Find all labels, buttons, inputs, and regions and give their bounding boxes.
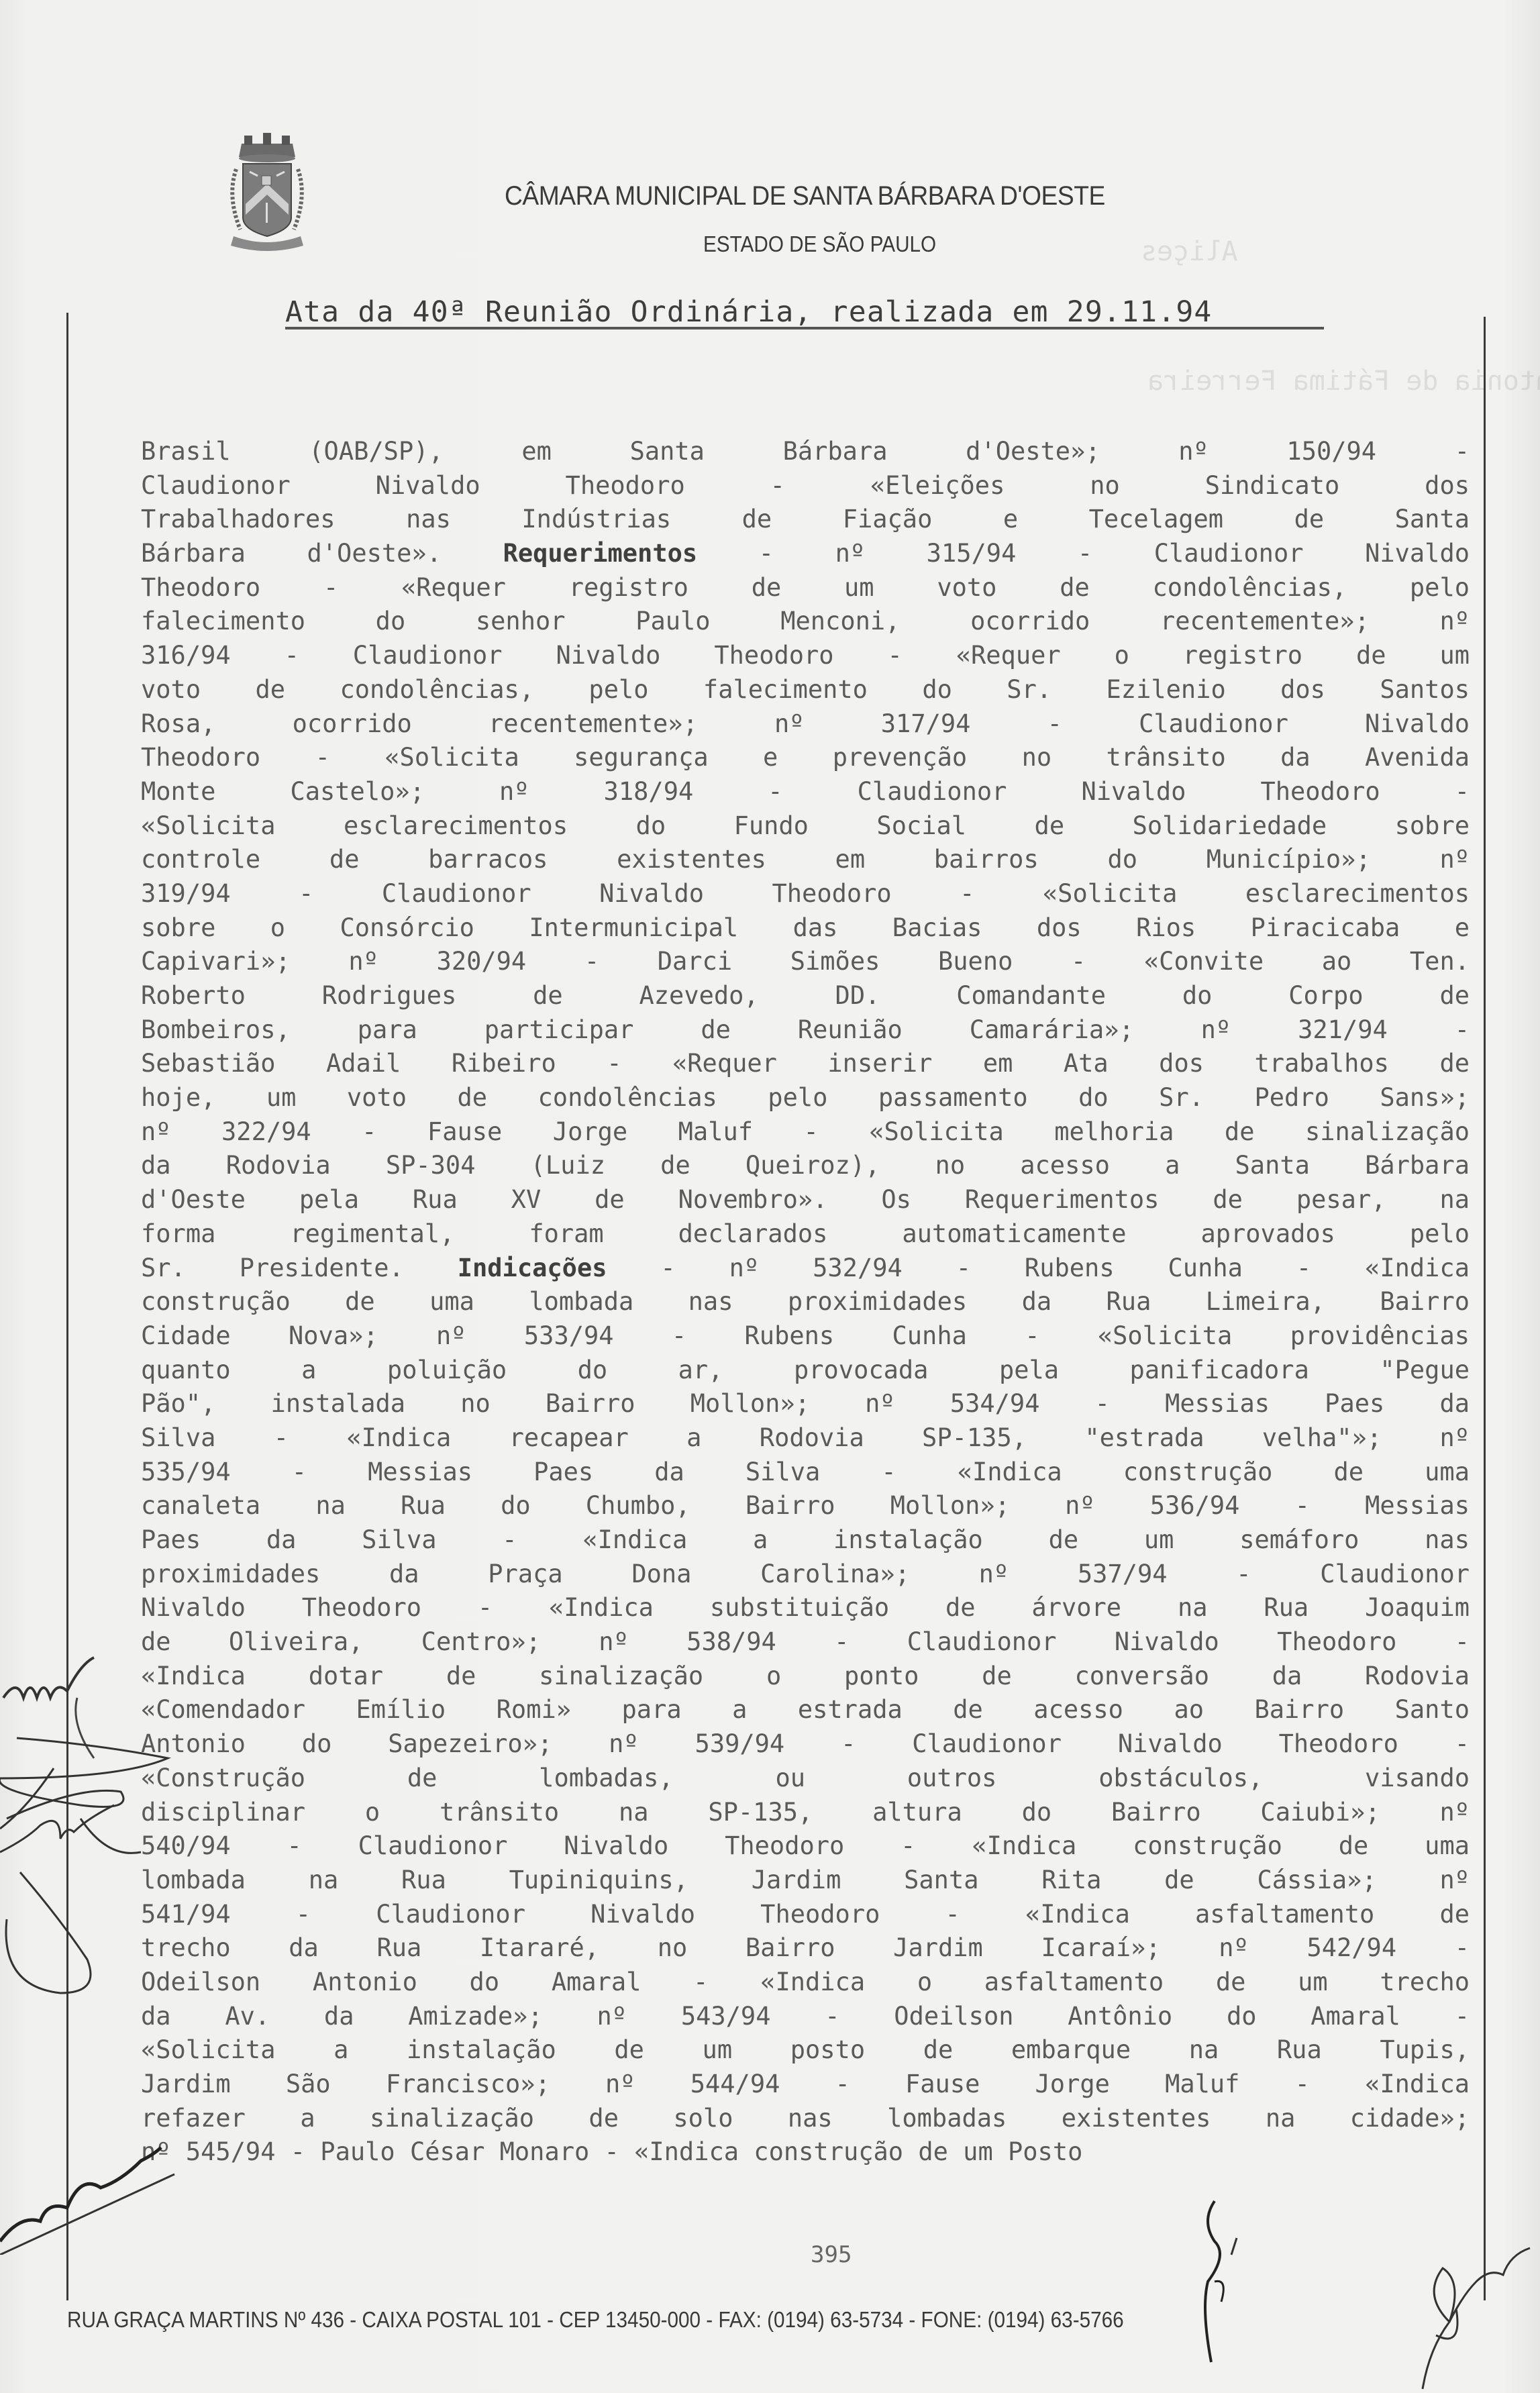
title-underline bbox=[285, 327, 1324, 329]
section-heading: Requerimentos bbox=[503, 539, 698, 568]
signature-bottom-center bbox=[1194, 2194, 1275, 2393]
body-line: Pão", instalada no Bairro Mollon»; nº 53… bbox=[141, 1387, 1470, 1421]
body-line: falecimento do senhor Paulo Menconi, oco… bbox=[141, 605, 1470, 639]
body-line: «Construção de lombadas, ou outros obstá… bbox=[141, 1762, 1470, 1796]
body-line: d'Oeste pela Rua XV de Novembro». Os Req… bbox=[141, 1183, 1470, 1217]
body-line: hoje, um voto de condolências pelo passa… bbox=[141, 1081, 1470, 1115]
body-line: voto de condolências, pelo falecimento d… bbox=[141, 673, 1470, 707]
body-line: trecho da Rua Itararé, no Bairro Jardim … bbox=[141, 1931, 1470, 1966]
body-line: «Solicita a instalação de um posto de em… bbox=[141, 2033, 1470, 2068]
body-line: controle de barracos existentes em bairr… bbox=[141, 843, 1470, 877]
body-line: Bárbara d'Oeste». Requerimentos - nº 315… bbox=[141, 537, 1470, 571]
body-line: 540/94 - Claudionor Nivaldo Theodoro - «… bbox=[141, 1829, 1470, 1864]
body-line: proximidades da Praça Dona Carolina»; nº… bbox=[141, 1558, 1470, 1592]
body-line: quanto a poluição do ar, provocada pela … bbox=[141, 1354, 1470, 1388]
bleed-through-text: Antonia de Fátima Ferreira bbox=[1147, 366, 1540, 397]
body-line: nº 322/94 - Fause Jorge Maluf - «Solicit… bbox=[141, 1115, 1470, 1150]
body-line: da Av. da Amizade»; nº 543/94 - Odeilson… bbox=[141, 2000, 1470, 2034]
body-line: canaleta na Rua do Chumbo, Bairro Mollon… bbox=[141, 1489, 1470, 1523]
body-line: lombada na Rua Tupiniquins, Jardim Santa… bbox=[141, 1864, 1470, 1898]
body-line: «Solicita esclarecimentos do Fundo Socia… bbox=[141, 809, 1470, 844]
body-line: Brasil (OAB/SP), em Santa Bárbara d'Oest… bbox=[141, 435, 1470, 469]
minutes-body-text: Brasil (OAB/SP), em Santa Bárbara d'Oest… bbox=[141, 435, 1470, 2170]
body-line: 316/94 - Claudionor Nivaldo Theodoro - «… bbox=[141, 639, 1470, 673]
body-line: Cidade Nova»; nº 533/94 - Rubens Cunha -… bbox=[141, 1319, 1470, 1354]
body-line: Sr. Presidente. Indicações - nº 532/94 -… bbox=[141, 1252, 1470, 1286]
body-line: Paes da Silva - «Indica a instalação de … bbox=[141, 1523, 1470, 1558]
body-line: Rosa, ocorrido recentemente»; nº 317/94 … bbox=[141, 707, 1470, 742]
body-line: Silva - «Indica recapear a Rodovia SP-13… bbox=[141, 1421, 1470, 1456]
page-number: 395 bbox=[811, 2241, 852, 2268]
body-line: da Rodovia SP-304 (Luiz de Queiroz), no … bbox=[141, 1149, 1470, 1183]
body-line: Nivaldo Theodoro - «Indica substituição … bbox=[141, 1591, 1470, 1625]
organization-state: ESTADO DE SÃO PAULO bbox=[703, 232, 936, 257]
right-margin-rule bbox=[1484, 317, 1486, 2300]
body-line: Theodoro - «Solicita segurança e prevenç… bbox=[141, 741, 1470, 775]
body-line: Antonio do Sapezeiro»; nº 539/94 - Claud… bbox=[141, 1727, 1470, 1762]
body-line: 541/94 - Claudionor Nivaldo Theodoro - «… bbox=[141, 1898, 1470, 1932]
bleed-through-text: Aliçes bbox=[1141, 236, 1238, 267]
body-line: Theodoro - «Requer registro de um voto d… bbox=[141, 571, 1470, 605]
body-line: «Comendador Emílio Romi» para a estrada … bbox=[141, 1693, 1470, 1727]
footer-address: RUA GRAÇA MARTINS Nº 436 - CAIXA POSTAL … bbox=[67, 2307, 1124, 2333]
body-line: de Oliveira, Centro»; nº 538/94 - Claudi… bbox=[141, 1625, 1470, 1660]
body-line: Claudionor Nivaldo Theodoro - «Eleições … bbox=[141, 469, 1470, 503]
body-line: refazer a sinalização de solo nas lombad… bbox=[141, 2102, 1470, 2136]
body-line: 535/94 - Messias Paes da Silva - «Indica… bbox=[141, 1456, 1470, 1490]
document-page: CÂMARA MUNICIPAL DE SANTA BÁRBARA D'OEST… bbox=[0, 0, 1540, 2393]
body-line: Trabalhadores nas Indústrias de Fiação e… bbox=[141, 503, 1470, 537]
body-line: «Indica dotar de sinalização o ponto de … bbox=[141, 1660, 1470, 1694]
body-line: Monte Castelo»; nº 318/94 - Claudionor N… bbox=[141, 775, 1470, 809]
body-line: disciplinar o trânsito na SP-135, altura… bbox=[141, 1796, 1470, 1830]
body-line: sobre o Consórcio Intermunicipal das Bac… bbox=[141, 911, 1470, 946]
body-line: Odeilson Antonio do Amaral - «Indica o a… bbox=[141, 1966, 1470, 2000]
municipal-coat-of-arms-icon bbox=[213, 129, 321, 256]
section-heading: Indicações bbox=[458, 1254, 607, 1282]
signature-bottom-right bbox=[1409, 2201, 1540, 2393]
body-line: construção de uma lombada nas proximidad… bbox=[141, 1285, 1470, 1319]
body-line: 319/94 - Claudionor Nivaldo Theodoro - «… bbox=[141, 877, 1470, 911]
organization-name: CÂMARA MUNICIPAL DE SANTA BÁRBARA D'OEST… bbox=[505, 181, 1468, 211]
body-line: forma regimental, foram declarados autom… bbox=[141, 1217, 1470, 1252]
left-margin-rule bbox=[66, 313, 68, 2300]
body-line: Sebastião Adail Ribeiro - «Requer inseri… bbox=[141, 1047, 1470, 1081]
document-title: Ata da 40ª Reunião Ordinária, realizada … bbox=[285, 295, 1213, 329]
body-line: Capivari»; nº 320/94 - Darci Simões Buen… bbox=[141, 945, 1470, 979]
body-line: nº 545/94 - Paulo César Monaro - «Indica… bbox=[141, 2135, 1470, 2170]
body-line: Bombeiros, para participar de Reunião Ca… bbox=[141, 1013, 1470, 1048]
body-line: Roberto Rodrigues de Azevedo, DD. Comand… bbox=[141, 979, 1470, 1013]
body-line: Jardim São Francisco»; nº 544/94 - Fause… bbox=[141, 2068, 1470, 2102]
